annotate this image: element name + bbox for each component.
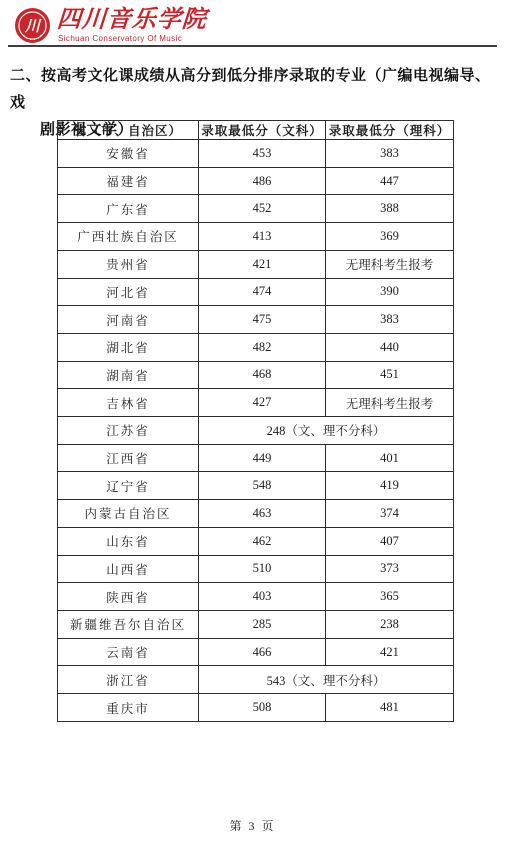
col-header-min-score-science: 录取最低分（理科） — [326, 121, 454, 140]
table-row: 吉林省427无理科考生报考 — [58, 389, 454, 417]
brand-title-en: Sichuan Conservatory Of Music — [58, 34, 206, 43]
cell-province: 云南省 — [58, 638, 199, 666]
cell-province: 山西省 — [58, 555, 199, 583]
cell-merged-score: 543（文、理不分科） — [199, 666, 454, 694]
table-row: 河北省474390 — [58, 278, 454, 306]
cell-province: 湖南省 — [58, 361, 199, 389]
cell-min-score-science: 440 — [326, 333, 454, 361]
cell-min-score-arts: 474 — [199, 278, 326, 306]
col-header-min-score-arts: 录取最低分（文科） — [199, 121, 326, 140]
brand-titles: 四川音乐学院 Sichuan Conservatory Of Music — [56, 7, 206, 43]
table-row: 河南省475383 — [58, 306, 454, 334]
table-row: 广西壮族自治区413369 — [58, 223, 454, 251]
table-row: 福建省486447 — [58, 167, 454, 195]
cell-min-score-science: 447 — [326, 167, 454, 195]
cell-min-score-science: 365 — [326, 583, 454, 611]
cell-province: 吉林省 — [58, 389, 199, 417]
cell-province: 福建省 — [58, 167, 199, 195]
cell-province: 辽宁省 — [58, 472, 199, 500]
cell-province: 贵州省 — [58, 250, 199, 278]
cell-min-score-arts: 449 — [199, 444, 326, 472]
admission-scores-table: 省（市、自治区） 录取最低分（文科） 录取最低分（理科） 安徽省453383福建… — [57, 120, 454, 722]
cell-province: 新疆维吾尔自治区 — [58, 610, 199, 638]
cell-province: 山东省 — [58, 527, 199, 555]
document-page: 川 四川音乐学院 Sichuan Conservatory Of Music 二… — [0, 0, 505, 861]
letterhead-divider — [8, 45, 497, 47]
table-row: 山西省510373 — [58, 555, 454, 583]
table-row: 重庆市508481 — [58, 694, 454, 722]
cell-min-score-science: 369 — [326, 223, 454, 251]
table-row: 云南省466421 — [58, 638, 454, 666]
cell-min-score-science: 383 — [326, 140, 454, 168]
cell-min-score-science: 481 — [326, 694, 454, 722]
table-row: 江苏省248（文、理不分科） — [58, 417, 454, 445]
cell-min-score-science: 无理科考生报考 — [326, 389, 454, 417]
letterhead: 川 四川音乐学院 Sichuan Conservatory Of Music — [14, 7, 206, 44]
cell-min-score-arts: 510 — [199, 555, 326, 583]
cell-min-score-arts: 466 — [199, 638, 326, 666]
cell-min-score-science: 390 — [326, 278, 454, 306]
cell-min-score-arts: 427 — [199, 389, 326, 417]
cell-min-score-science: 421 — [326, 638, 454, 666]
cell-merged-score: 248（文、理不分科） — [199, 417, 454, 445]
svg-text:川: 川 — [24, 18, 42, 35]
cell-min-score-science: 451 — [326, 361, 454, 389]
cell-min-score-arts: 421 — [199, 250, 326, 278]
table-row: 贵州省421无理科考生报考 — [58, 250, 454, 278]
table-row: 安徽省453383 — [58, 140, 454, 168]
cell-min-score-science: 419 — [326, 472, 454, 500]
cell-min-score-science: 373 — [326, 555, 454, 583]
cell-min-score-arts: 285 — [199, 610, 326, 638]
table-row: 江西省449401 — [58, 444, 454, 472]
cell-province: 江西省 — [58, 444, 199, 472]
table-row: 内蒙古自治区463374 — [58, 500, 454, 528]
table-row: 辽宁省548419 — [58, 472, 454, 500]
cell-province: 河南省 — [58, 306, 199, 334]
table-row: 湖北省482440 — [58, 333, 454, 361]
cell-province: 陕西省 — [58, 583, 199, 611]
cell-min-score-science: 401 — [326, 444, 454, 472]
cell-min-score-arts: 475 — [199, 306, 326, 334]
cell-min-score-science: 无理科考生报考 — [326, 250, 454, 278]
col-header-province: 省（市、自治区） — [58, 121, 199, 140]
table-row: 新疆维吾尔自治区285238 — [58, 610, 454, 638]
cell-min-score-science: 383 — [326, 306, 454, 334]
cell-province: 湖北省 — [58, 333, 199, 361]
brand-title-zh: 四川音乐学院 — [56, 7, 208, 33]
cell-min-score-arts: 462 — [199, 527, 326, 555]
cell-min-score-arts: 463 — [199, 500, 326, 528]
cell-min-score-arts: 452 — [199, 195, 326, 223]
cell-min-score-science: 388 — [326, 195, 454, 223]
cell-province: 浙江省 — [58, 666, 199, 694]
cell-province: 安徽省 — [58, 140, 199, 168]
table-row: 山东省462407 — [58, 527, 454, 555]
cell-min-score-arts: 413 — [199, 223, 326, 251]
cell-province: 江苏省 — [58, 417, 199, 445]
cell-province: 河北省 — [58, 278, 199, 306]
cell-province: 广西壮族自治区 — [58, 223, 199, 251]
cell-min-score-arts: 403 — [199, 583, 326, 611]
cell-min-score-arts: 482 — [199, 333, 326, 361]
cell-province: 内蒙古自治区 — [58, 500, 199, 528]
section-heading-line1: 二、按高考文化课成绩从高分到低分排序录取的专业（广编电视编导、戏 — [10, 63, 498, 117]
table-row: 湖南省468451 — [58, 361, 454, 389]
conservatory-seal-icon: 川 — [14, 7, 51, 44]
table-row: 广东省452388 — [58, 195, 454, 223]
cell-min-score-science: 374 — [326, 500, 454, 528]
cell-min-score-arts: 453 — [199, 140, 326, 168]
page-number: 第 3 页 — [0, 817, 505, 834]
cell-min-score-science: 238 — [326, 610, 454, 638]
cell-province: 广东省 — [58, 195, 199, 223]
table-header-row: 省（市、自治区） 录取最低分（文科） 录取最低分（理科） — [58, 121, 454, 140]
cell-min-score-science: 407 — [326, 527, 454, 555]
cell-min-score-arts: 508 — [199, 694, 326, 722]
cell-min-score-arts: 468 — [199, 361, 326, 389]
table-row: 浙江省543（文、理不分科） — [58, 666, 454, 694]
cell-min-score-arts: 486 — [199, 167, 326, 195]
cell-province: 重庆市 — [58, 694, 199, 722]
cell-min-score-arts: 548 — [199, 472, 326, 500]
table-row: 陕西省403365 — [58, 583, 454, 611]
